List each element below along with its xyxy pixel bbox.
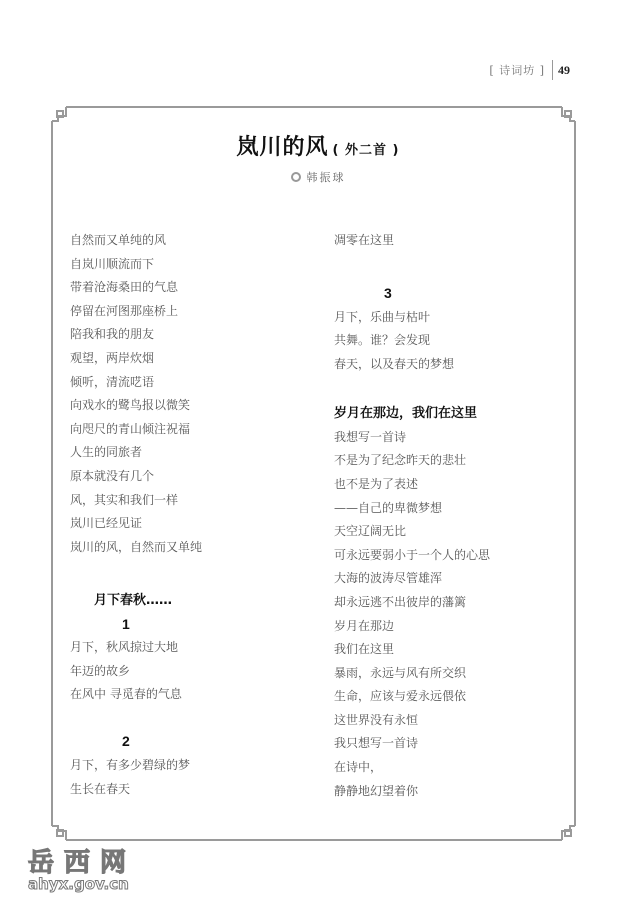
poem-line: 自然而又单纯的风	[70, 229, 300, 253]
stanza-gap	[70, 707, 300, 731]
poem-line: 也不是为了表述	[334, 473, 564, 497]
poem-line: 原本就没有几个	[70, 465, 300, 489]
poem-line: 月下，乐曲与枯叶	[334, 306, 564, 330]
poem-line: 风，其实和我们一样	[70, 489, 300, 513]
site-watermark: 岳西网 ahyx.gov.cn	[28, 842, 136, 893]
poem-line: 天空辽阔无比	[334, 520, 564, 544]
author-line: 韩振球	[0, 169, 636, 185]
poem-title: 岚川的风( 外二首 )	[0, 130, 636, 161]
poem-line: 大海的波涛尽管雄浑	[334, 567, 564, 591]
poem-line: 人生的同旅者	[70, 441, 300, 465]
poem1-body: 自然而又单纯的风 自岚川顺流而下 带着沧海桑田的气息 停留在河图那座桥上 陪我和…	[70, 229, 300, 559]
poem-title-sub: ( 外二首 )	[333, 143, 400, 158]
poem-title-main: 岚川的风	[237, 135, 329, 160]
poem-line: 生命，应该与爱永远偎依	[334, 685, 564, 709]
poem-line: 观望，两岸炊烟	[70, 347, 300, 371]
author-name: 韩振球	[307, 169, 346, 185]
circle-bullet-icon	[291, 172, 301, 182]
poem-line: 月下，秋风掠过大地	[70, 636, 300, 660]
poem-line: 春天，以及春天的梦想	[334, 353, 564, 377]
poem-line: 自岚川顺流而下	[70, 253, 300, 277]
poem-line: 向咫尺的青山倾注祝福	[70, 418, 300, 442]
poem-line: 我们在这里	[334, 638, 564, 662]
poem-line: 生长在春天	[70, 778, 300, 802]
running-head: [ 诗词坊 ] 49	[489, 61, 570, 79]
poem-line: 这世界没有永恒	[334, 709, 564, 733]
poem-line: 在风中 寻觅春的气息	[70, 683, 300, 707]
poem-line: 静静地幻望着你	[334, 780, 564, 804]
poem-line: 在诗中，	[334, 756, 564, 780]
section-number: 2	[70, 730, 300, 754]
watermark-url: ahyx.gov.cn	[28, 875, 136, 893]
poem-line: ——自己的卑微梦想	[334, 497, 564, 521]
poem-line: 岚川的风，自然而又单纯	[70, 536, 300, 560]
poem3-title: 岁月在那边，我们在这里	[334, 402, 564, 426]
poem-line: 向戏水的鹭鸟报以微笑	[70, 394, 300, 418]
poem-line: 陪我和我的朋友	[70, 323, 300, 347]
right-column: 凋零在这里 3 月下，乐曲与枯叶 共舞。谁？会发现 春天，以及春天的梦想 岁月在…	[334, 229, 564, 803]
poem-line: 倾听，清流呓语	[70, 371, 300, 395]
poem-line: 我只想写一首诗	[334, 732, 564, 756]
poem-line: 带着沧海桑田的气息	[70, 276, 300, 300]
poem-line: 月下，有多少碧绿的梦	[70, 754, 300, 778]
poem2-title: 月下春秋……	[70, 589, 300, 613]
poem-line: 我想写一首诗	[334, 426, 564, 450]
left-column: 自然而又单纯的风 自岚川顺流而下 带着沧海桑田的气息 停留在河图那座桥上 陪我和…	[70, 229, 300, 801]
poem-line: 岚川已经见证	[70, 512, 300, 536]
poem-line: 暴雨，永远与风有所交织	[334, 662, 564, 686]
poem-line: 凋零在这里	[334, 229, 564, 253]
section-number: 3	[334, 282, 564, 306]
poem-line: 可永远要弱小于一个人的心思	[334, 544, 564, 568]
poem-line: 共舞。谁？会发现	[334, 329, 564, 353]
title-block: 岚川的风( 外二首 ) 韩振球	[0, 130, 636, 185]
poem-line: 年迈的故乡	[70, 660, 300, 684]
section-label: [ 诗词坊 ]	[489, 62, 545, 78]
stanza-gap	[70, 559, 300, 583]
header-divider	[552, 60, 553, 80]
stanza-gap	[334, 377, 564, 401]
section-number: 1	[70, 613, 300, 637]
page-number: 49	[558, 63, 570, 78]
stanza-gap	[334, 253, 564, 277]
poem-line: 岁月在那边	[334, 615, 564, 639]
poem-line: 停留在河图那座桥上	[70, 300, 300, 324]
watermark-site-name: 岳西网	[28, 842, 136, 879]
poem-line: 不是为了纪念昨天的悲壮	[334, 449, 564, 473]
poem-line: 却永远逃不出彼岸的藩篱	[334, 591, 564, 615]
